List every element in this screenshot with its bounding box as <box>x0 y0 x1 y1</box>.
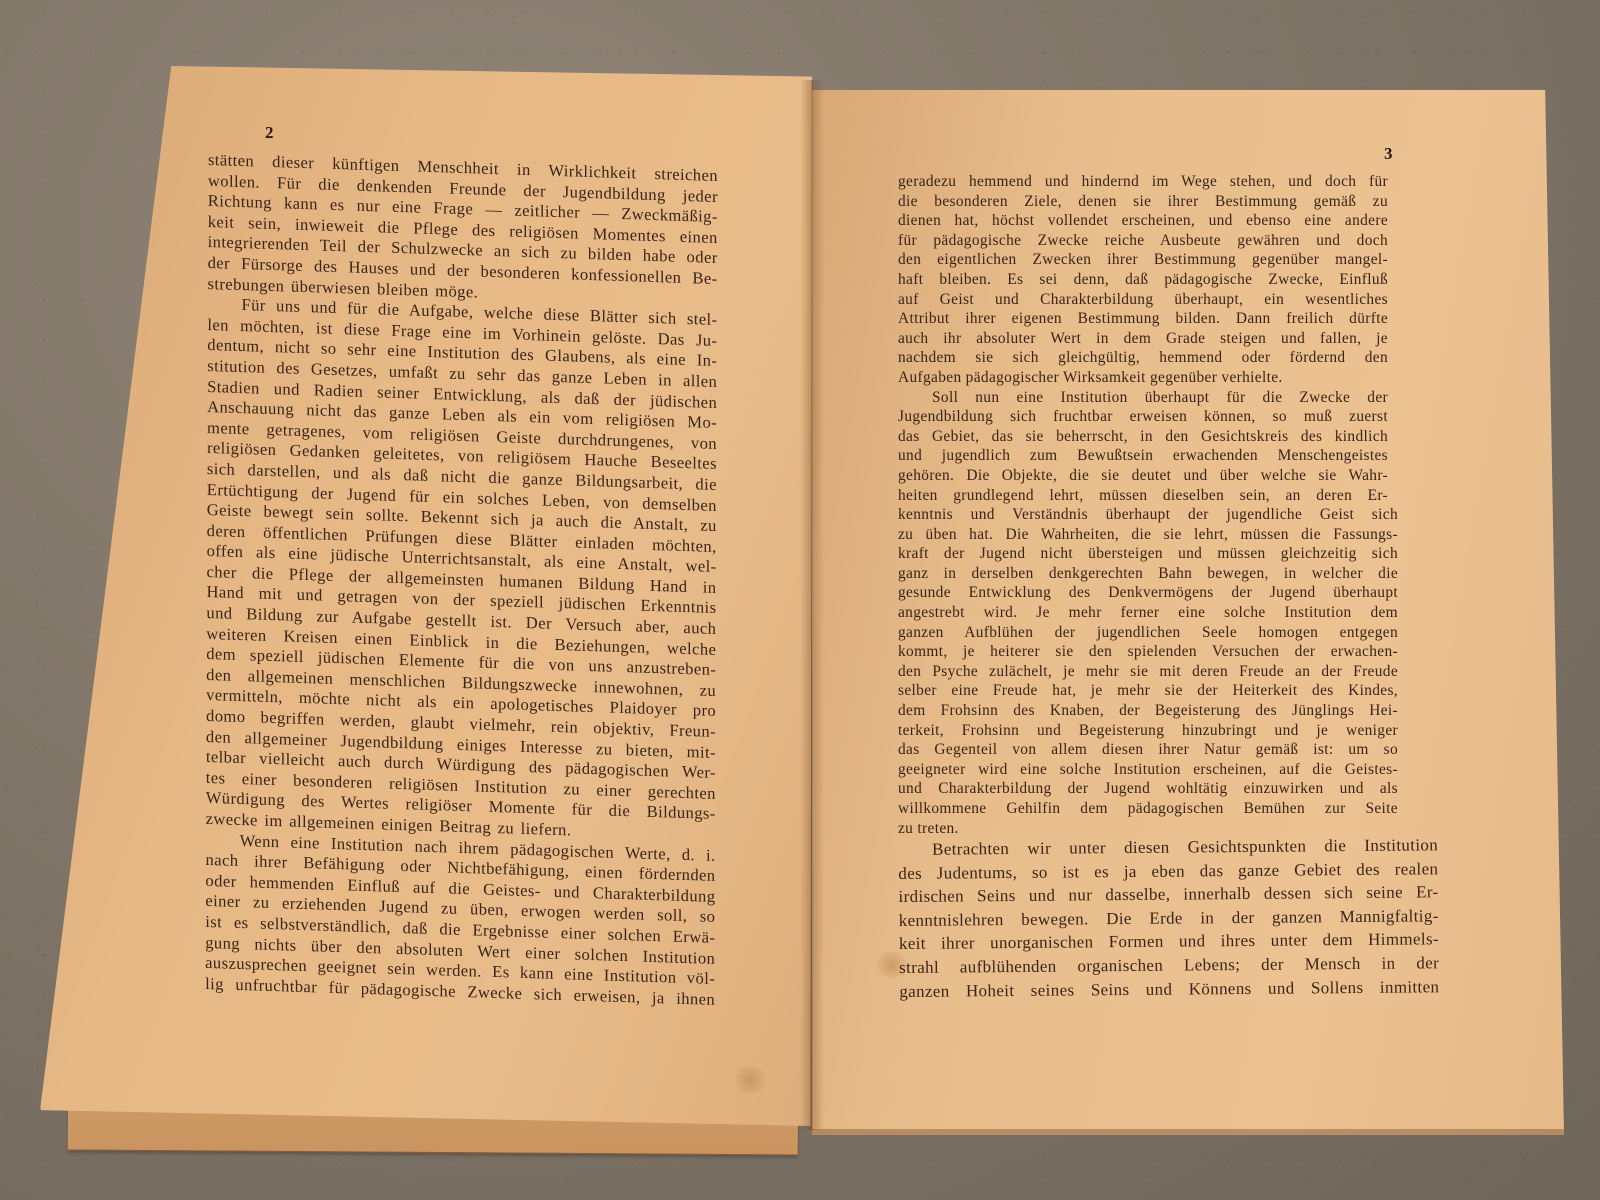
text-line: geradezu hemmend und hindernd im Wege st… <box>898 172 1388 192</box>
text-line: nachdem sie sich gleichgültig, hemmend o… <box>898 348 1388 368</box>
text-line: haft bleiben. Es sei denn, daß pädagogis… <box>898 270 1388 290</box>
text-line: und jugendlich zum Bewußtsein erwachende… <box>898 446 1388 466</box>
text-line: selber eine Freude hat, je mehr sie der … <box>898 681 1398 701</box>
text-line: kenntnis und Verständnis überhaupt der j… <box>898 505 1398 525</box>
text-line: gehören. Die Objekte, die sie deutet und… <box>898 466 1388 486</box>
text-line: ganz in derselben denkgerechten Bahn bew… <box>898 564 1398 584</box>
left-page-text: stätten dieser künftigen Menschheit in W… <box>205 150 718 1010</box>
text-line: die besonderen Ziele, denen sie ihrer Be… <box>898 192 1388 212</box>
text-line: ganzen Aufblühen der jugendlichen Seele … <box>898 623 1398 643</box>
text-line: Attribut ihrer eigenen Bestimmung bilden… <box>898 309 1388 329</box>
right-page-text-lower: Betrachten wir unter diesen Gesichtspunk… <box>898 833 1439 1003</box>
page-number-right: 3 <box>1384 144 1393 164</box>
text-line: zu üben hat. Die Wahrheiten, die sie leh… <box>898 525 1398 545</box>
text-line: und Charakterbildung der Jugend wohltäti… <box>898 779 1398 799</box>
text-line: heiten grundlegend lehrt, müssen dieselb… <box>898 486 1388 506</box>
text-line: für pädagogische Zwecke reiche Ausbeute … <box>898 231 1388 251</box>
text-line: kraft der Jugend nicht übersteigen und m… <box>898 544 1398 564</box>
text-line: geeigneter wird eine solche Institution … <box>898 760 1398 780</box>
text-line: willkommene Gehilfin dem pädagogischen B… <box>898 799 1398 819</box>
page-number-left: 2 <box>265 123 274 143</box>
text-line: gesunde Entwicklung des Denkvermögens de… <box>898 583 1398 603</box>
text-line: dem Frohsinn des Knaben, der Begeisterun… <box>898 701 1398 721</box>
right-page-text: geradezu hemmend und hindernd im Wege st… <box>898 172 1388 838</box>
text-line: das Gebiet, das sie beherrscht, in den G… <box>898 427 1388 447</box>
text-line: Jugendbildung sich fruchtbar erweisen kö… <box>898 407 1388 427</box>
text-line: den eigentlichen Zwecken ihrer Bestimmun… <box>898 250 1388 270</box>
paragraph-start: Soll nun eine Institution überhaupt für … <box>898 388 1388 408</box>
text-line: kommt, je heiterer sie den spielenden Ve… <box>898 642 1398 662</box>
text-line: terkeit, Frohsinn und Begeisterung hinzu… <box>898 721 1398 741</box>
text-line: den Psyche zulächelt, je mehr sie mit de… <box>898 662 1398 682</box>
text-line: dienen hat, höchst vollendet erscheinen,… <box>898 211 1388 231</box>
paper-stain <box>730 1066 770 1094</box>
text-line: Aufgaben pädagogischer Wirksamkeit gegen… <box>898 368 1388 388</box>
text-line: angestrebt wird. Je mehr ferner eine sol… <box>898 603 1398 623</box>
text-line: das Gegenteil von allem diesen ihrer Nat… <box>898 740 1398 760</box>
text-line: auf Geist und Charakterbildung überhaupt… <box>898 290 1388 310</box>
text-line: ganzen Hoheit seines Seins und Könnens u… <box>899 975 1439 1003</box>
text-line: auch ihr absoluter Wert in dem Grade ste… <box>898 329 1388 349</box>
